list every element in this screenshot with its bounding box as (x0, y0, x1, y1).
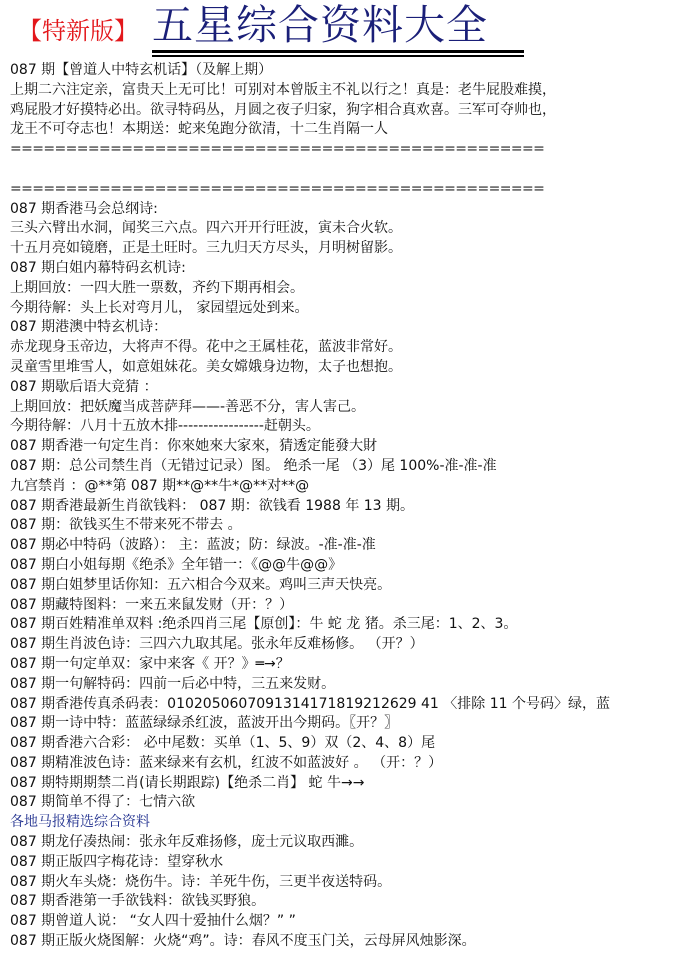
entry-line: 上期回放：把妖魔当成菩萨拜——-善恶不分，害人害己。 (10, 398, 675, 418)
entry-line: 087 期白姐梦里话你知：五六相合今双来。鸡叫三声天快亮。 (10, 576, 675, 596)
entry-line: 087 期香港第一手欲钱料：欲钱买野狼。 (10, 892, 675, 912)
page-header: 【特新版】 五星综合资料大全 (0, 0, 679, 60)
entry-line: 087 期香港六合彩： 必中尾数：买单（1、5、9）双（2、4、8）尾 (10, 734, 675, 754)
entry-line: 087 期歇后语大竞猜 ： (10, 378, 675, 398)
entry-line: 今期待解：八月十五放木排-----------------赶朝头。 (10, 417, 675, 437)
intro-text-line: 上期二六注定亲，富贵天上无可比！可别对本曾版主不礼以行之！真是：老牛屁股难摸， (10, 81, 675, 101)
entry-line: 087 期藏特图料：一来五来鼠发财（开：？） (10, 596, 675, 616)
entry-line: 灵童雪里堆雪人，如意姐妹花。美女嫦娥身边物，太子也想抱。 (10, 358, 675, 378)
entry-line: 087 期百姓精准单双料 :绝杀四肖三尾【原创】：牛 蛇 龙 猪。杀三尾：1、2… (10, 615, 675, 635)
entry-line: 087 期简单不得了：七情六欲 (10, 793, 675, 813)
entry-line: 087 期：欲钱买生不带来死不带去 。 (10, 516, 675, 536)
entry-line: 087 期必中特码（波路）： 主：蓝波；防：绿波。-准-准-准 (10, 536, 675, 556)
separator-line: ========================================… (10, 180, 545, 200)
entry-line: 087 期：总公司禁生肖（无错过记录）图。 绝杀一尾 （3）尾 100%-准-准… (10, 457, 675, 477)
page-title: 五星综合资料大全 (152, 2, 488, 48)
entry-line: 087 期正版四字梅花诗：望穿秋水 (10, 853, 675, 873)
entry-line: 今期待解：头上长对弯月儿， 家园望远处到来。 (10, 299, 675, 319)
title-underline-thick (152, 50, 524, 53)
entry-line: 三头六臂出水洞，闻奖三六点。四六开开行旺波，寅未合火软。 (10, 219, 675, 239)
entry-line: 九宫禁肖 ：@**第 087 期**@**牛*@**对**@ (10, 477, 675, 497)
entry-line: 087 期白小姐每期《绝杀》全年错一：《@@牛@@》 (10, 556, 675, 576)
entry-line: 087 期一诗中特：蓝蓝绿绿杀红波，蓝波开出今期码。〖开？〗 (10, 714, 675, 734)
document-body: 087 期【曾道人中特玄机话】（及解上期） 上期二六注定亲，富贵天上无可比！可别… (10, 61, 675, 952)
title-underline-thin (152, 55, 524, 57)
entry-line: 087 期正版火烧图解：火烧“鸡”。诗：春风不度玉门关，云母屏风烛影深。 (10, 932, 675, 952)
entry-line: 087 期特期期禁二肖(请长期跟踪)【绝杀二肖】 蛇 牛→→ (10, 774, 675, 794)
entry-line: 087 期火车头烧：烧伤牛。诗：羊死牛伤，三更半夜送特码。 (10, 873, 675, 893)
entry-line: 087 期精准波色诗：蓝来绿来有玄机，红波不如蓝波好 。 （开：？） (10, 754, 675, 774)
intro-heading: 087 期【曾道人中特玄机话】（及解上期） (10, 61, 675, 81)
section-heading: 各地马报精选综合资料 (10, 813, 675, 833)
entry-line: 上期回放：一四大胜一票数，齐约下期再相会。 (10, 279, 675, 299)
separator-line: ========================================… (10, 140, 545, 160)
entry-line: 087 期一句定单双：家中来客《 开？》═→？ (10, 655, 675, 675)
edition-badge: 【特新版】 (18, 16, 138, 46)
entry-line: 087 期香港最新生肖欲钱料： 087 期：欲钱看 1988 年 13 期。 (10, 497, 675, 517)
blank-line (10, 160, 675, 180)
entry-line: 087 期生肖波色诗：三四六九取其尾。张永年反难杨修。 （开？） (10, 635, 675, 655)
entry-line: 087 期曾道人说： “女人四十爱抽什么烟？” ” (10, 912, 675, 932)
entry-line: 087 期龙仔凑热闹：张永年反难扬修，庞士元议取西濉。 (10, 833, 675, 853)
entry-line: 十五月亮如镜磨，正是土旺时。三九归天方尽头，月明树留影。 (10, 239, 675, 259)
entry-line: 087 期港澳中特玄机诗： (10, 318, 675, 338)
intro-text-line: 鸡屁股才好摸特必出。欲寻特码丛，月圆之夜子归家，狗字相合真欢喜。三军可夺帅也， (10, 101, 675, 121)
intro-text-line: 龙王不可夺志也！本期送：蛇来兔跑分欲清，十二生肖隔一人 (10, 120, 675, 140)
entry-line: 087 期香港马会总纲诗: (10, 200, 675, 220)
entry-line: 赤龙现身玉帝边，大将声不得。花中之王属桂花，蓝波非常好。 (10, 338, 675, 358)
entry-line: 087 期白姐内幕特码玄机诗: (10, 259, 675, 279)
entry-line: 087 期香港一句定生肖：你來她來大家來，猜透定能發大財 (10, 437, 675, 457)
entry-line: 087 期香港传真杀码表：010205060709131417181921262… (10, 695, 675, 715)
entry-line: 087 期一句解特码：四前一后必中特，三五来发财。 (10, 675, 675, 695)
